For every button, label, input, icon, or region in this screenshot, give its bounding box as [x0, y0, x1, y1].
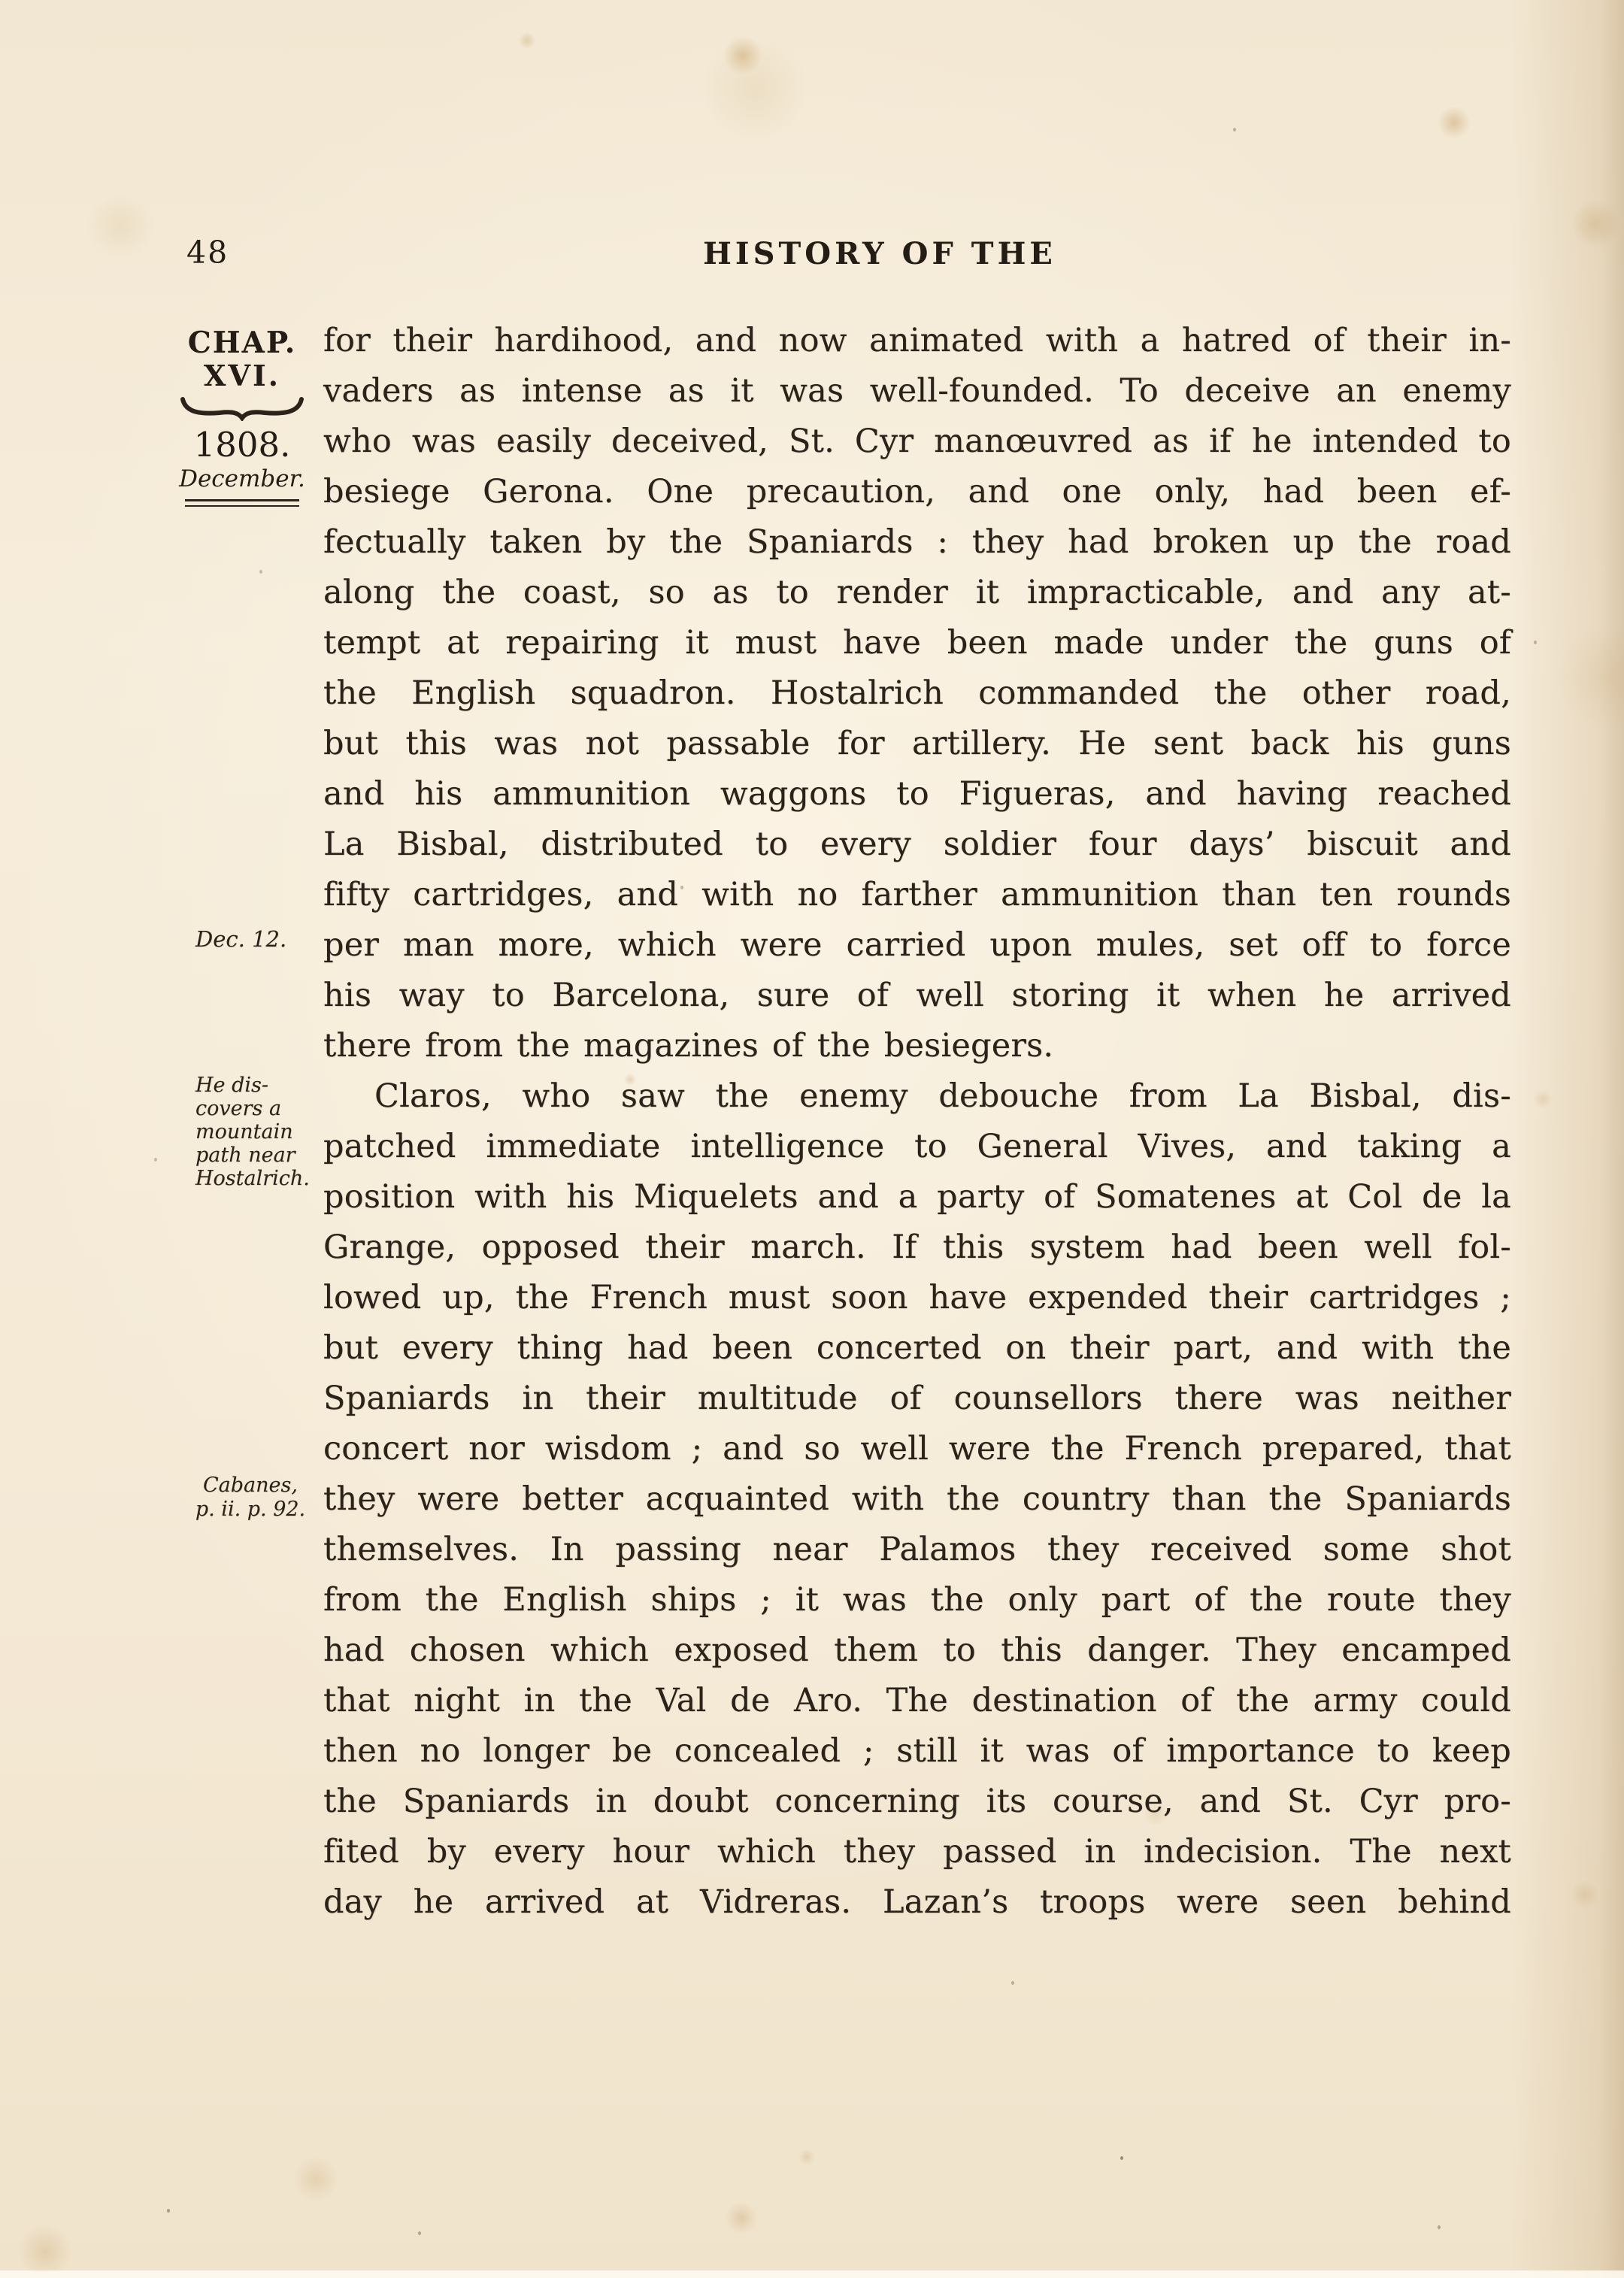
body-line: tempt at repairing it must have been mad… [323, 618, 1511, 668]
margin-note-discovery: He dis- covers a mountain path near Host… [195, 1074, 316, 1190]
body-line: themselves. In passing near Palamos they… [323, 1525, 1511, 1575]
body-line: there from the magazines of the besieger… [323, 1021, 1511, 1071]
margin-note-line: Hostalrich. [195, 1167, 316, 1190]
margin-note-line: He dis- [195, 1074, 316, 1097]
margin-note-line: p. ii. p. 92. [186, 1498, 314, 1522]
margin-note-citation: Cabanes, p. ii. p. 92. [186, 1474, 314, 1522]
margin-note-line: Cabanes, [186, 1474, 314, 1498]
body-line: his way to Barcelona, sure of well stori… [323, 971, 1511, 1021]
margin-note-date: Dec. 12. [195, 926, 316, 952]
chapter-brace-icon [171, 394, 313, 424]
chapter-heading: CHAP. XVI. 1808. December. [171, 326, 313, 507]
body-line: fited by every hour which they passed in… [323, 1827, 1511, 1877]
body-line: Grange, opposed their march. If this sys… [323, 1222, 1511, 1273]
chapter-numeral: XVI. [171, 359, 313, 392]
body-line: they were better acquainted with the cou… [323, 1474, 1511, 1525]
margin-note-line: covers a [195, 1097, 316, 1120]
body-line: and his ammunition waggons to Figueras, … [323, 769, 1511, 819]
body-line: position with his Miquelets and a party … [323, 1172, 1511, 1222]
body-line: fifty cartridges, and with no farther am… [323, 870, 1511, 920]
body-line: concert nor wisdom ; and so well were th… [323, 1424, 1511, 1474]
body-line: for their hardihood, and now animated wi… [323, 316, 1511, 366]
margin-note-line: path near [195, 1144, 316, 1167]
running-header: HISTORY OF THE [286, 236, 1474, 271]
body-line: but this was not passable for artillery.… [323, 719, 1511, 769]
body-line: along the coast, so as to render it impr… [323, 568, 1511, 618]
body-line: the Spaniards in doubt concerning its co… [323, 1777, 1511, 1827]
margin-note-line: mountain [195, 1120, 316, 1144]
body-line: day he arrived at Vidreras. Lazan’s troo… [323, 1877, 1511, 1928]
body-line: per man more, which were carried upon mu… [323, 920, 1511, 971]
body-text: for their hardihood, and now animated wi… [323, 316, 1511, 1928]
body-line: fectually taken by the Spaniards : they … [323, 517, 1511, 568]
page-number: 48 [186, 235, 229, 271]
month-label: December. [171, 465, 313, 493]
body-line: had chosen which exposed them to this da… [323, 1625, 1511, 1676]
body-line: that night in the Val de Aro. The destin… [323, 1676, 1511, 1726]
body-line: Spaniards in their multitude of counsell… [323, 1374, 1511, 1424]
body-line: vaders as intense as it was well-founded… [323, 366, 1511, 417]
page-bottom-edge [0, 2270, 1624, 2278]
body-line: but every thing had been concerted on th… [323, 1323, 1511, 1374]
body-line: Claros, who saw the enemy debouche from … [323, 1071, 1511, 1122]
body-line: from the English ships ; it was the only… [323, 1575, 1511, 1625]
year-label: 1808. [171, 426, 313, 465]
book-page: { "page": { "number": "48", "running_hea… [0, 0, 1624, 2278]
divider-rule [185, 499, 299, 507]
body-line: who was easily deceived, St. Cyr manœuvr… [323, 417, 1511, 467]
body-line: lowed up, the French must soon have expe… [323, 1273, 1511, 1323]
body-line: La Bisbal, distributed to every soldier … [323, 819, 1511, 870]
chapter-label: CHAP. [171, 326, 313, 359]
body-line: then no longer be concealed ; still it w… [323, 1726, 1511, 1777]
body-line: patched immediate intelligence to Genera… [323, 1122, 1511, 1172]
body-line: the English squadron. Hostalrich command… [323, 668, 1511, 719]
body-line: besiege Gerona. One precaution, and one … [323, 467, 1511, 517]
paper-specks [1120, 2156, 1123, 2160]
